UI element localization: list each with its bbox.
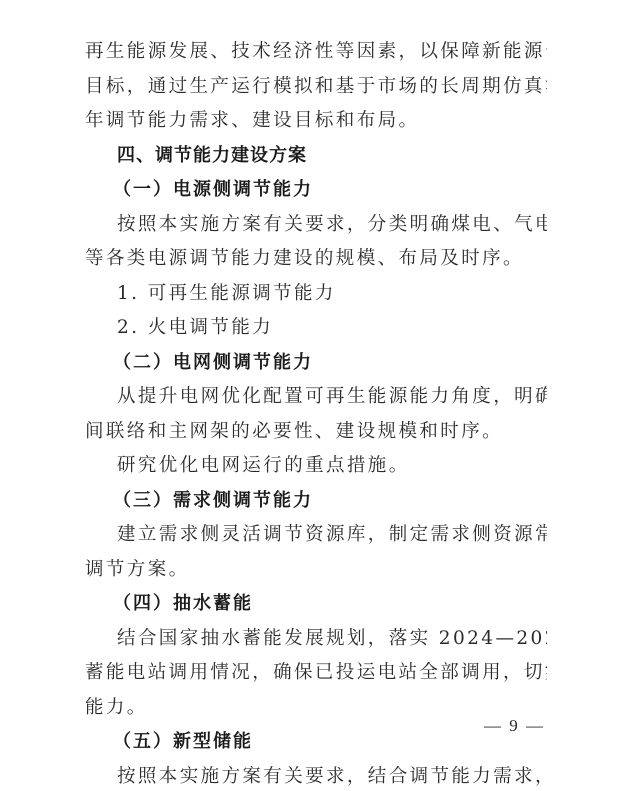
body-line: 蓄能电站调用情况，确保已投运电站全部调用，切实发挥系统调节 <box>85 656 547 691</box>
subsection-heading-1: （一）电源侧调节能力 <box>85 173 547 208</box>
body-line: 等各类电源调节能力建设的规模、布局及时序。 <box>85 242 547 277</box>
subsection-heading-3: （三）需求侧调节能力 <box>85 484 547 519</box>
list-item-1: 1. 可再生能源调节能力 <box>85 277 547 312</box>
body-line: 年调节能力需求、建设目标和布局。 <box>85 104 547 139</box>
paragraph-line: 研究优化电网运行的重点措施。 <box>85 449 547 484</box>
document-page: 再生能源发展、技术经济性等因素，以保障新能源合理消纳利用为 目标，通过生产运行模… <box>85 35 547 791</box>
body-line: 调节方案。 <box>85 553 547 588</box>
subsection-heading-2: （二）电网侧调节能力 <box>85 346 547 381</box>
paragraph-line: 按照本实施方案有关要求，分类明确煤电、气电、水电、光热 <box>85 208 547 243</box>
page-number: — 9 — <box>484 716 545 736</box>
paragraph-line: 建立需求侧灵活调节资源库，制定需求侧资源常态化参与系统 <box>85 518 547 553</box>
body-line: 再生能源发展、技术经济性等因素，以保障新能源合理消纳利用为 <box>85 35 547 70</box>
body-line: 间联络和主网架的必要性、建设规模和时序。 <box>85 415 547 450</box>
paragraph-line: 从提升电网优化配置可再生能源能力角度，明确加强区域及省 <box>85 380 547 415</box>
paragraph-line: 按照本实施方案有关要求，结合调节能力需求，在统筹上述调 <box>85 760 547 791</box>
subsection-heading-5: （五）新型储能 <box>85 725 547 760</box>
subsection-heading-4: （四）抽水蓄能 <box>85 587 547 622</box>
list-item-2: 2. 火电调节能力 <box>85 311 547 346</box>
section-heading-4: 四、调节能力建设方案 <box>85 139 547 174</box>
body-line: 目标，通过生产运行模拟和基于市场的长周期仿真测试合理确定逐 <box>85 70 547 105</box>
body-line: 能力。 <box>85 691 547 726</box>
paragraph-line: 结合国家抽水蓄能发展规划，落实 2024—2027 年投运的抽水 <box>85 622 547 657</box>
